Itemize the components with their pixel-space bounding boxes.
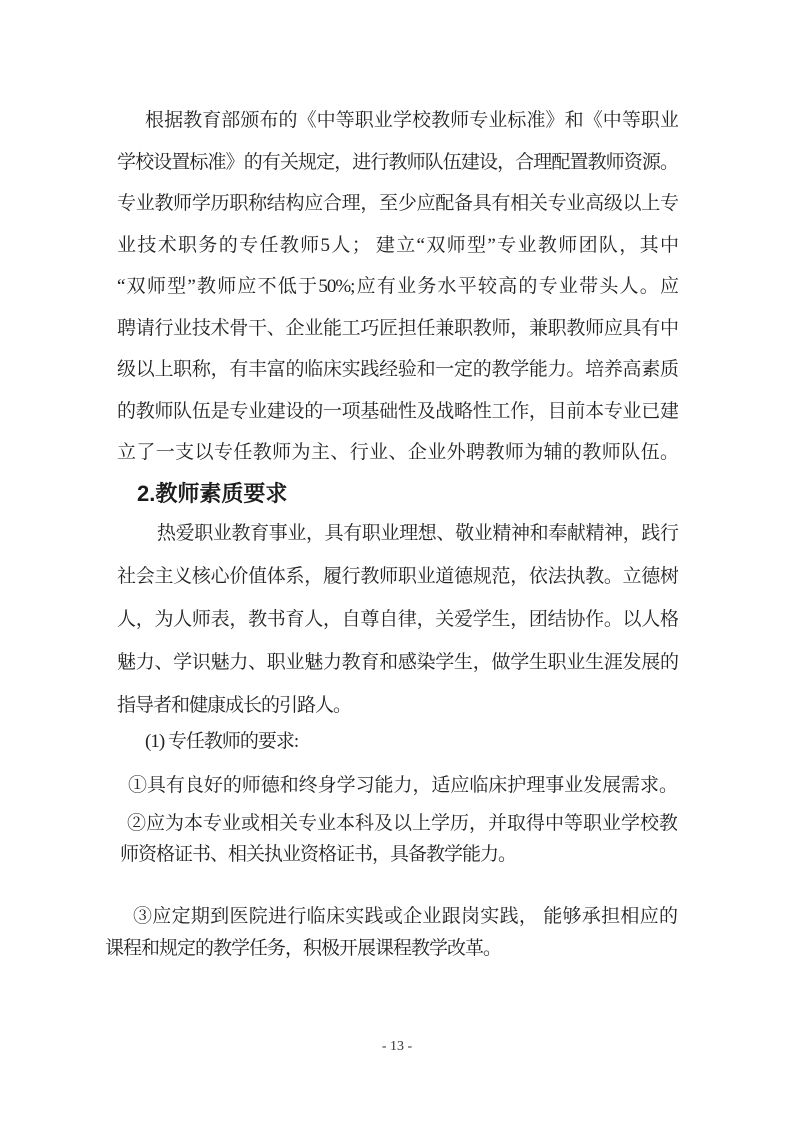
text-line: 的教师队伍是专业建设的一项基础性及战略性工作，目前本专业已建 xyxy=(117,391,678,433)
requirement-item-2: ②应为本专业或相关专业本科及以上学历，并取得中等职业学校教 师资格证书、相关执业… xyxy=(120,808,677,870)
paragraph-teacher-team: 根据教育部颁布的《中等职业学校教师专业标准》和《中等职业 学校设置标准》的有关规… xyxy=(117,100,678,474)
text-line: 人，为人师表，教书育人，自尊自律，关爱学生，团结协作。以人格 xyxy=(117,598,678,641)
text-line: ②应为本专业或相关专业本科及以上学历，并取得中等职业学校教 xyxy=(120,808,677,839)
requirement-item-3: ③应定期到医院进行临床实践或企业跟岗实践， 能够承担相应的 课程和规定的教学任务… xyxy=(105,901,677,965)
text-line: 指导者和健康成长的引路人。 xyxy=(117,684,678,727)
text-line: “双师型”教师应不低于50%;应有业务水平较高的专业带头人。应 xyxy=(117,266,678,308)
text-line: 热爱职业教育事业，具有职业理想、敬业精神和奉献精神，践行 xyxy=(117,512,678,555)
text-line: 立了一支以专任教师为主、行业、企业外聘教师为辅的教师队伍。 xyxy=(117,432,678,474)
text-line: 专业教师学历职称结构应合理，至少应配备具有相关专业高级以上专 xyxy=(117,183,678,225)
text-line: 师资格证书、相关执业资格证书，具备教学能力。 xyxy=(120,839,677,870)
text-line: 级以上职称，有丰富的临床实践经验和一定的教学能力。培养高素质 xyxy=(117,349,678,391)
text-line: 魅力、学识魅力、职业魅力教育和感染学生，做学生职业生涯发展的 xyxy=(117,641,678,684)
text-line: ①具有良好的师德和终身学习能力，适应临床护理事业发展需求。 xyxy=(128,771,677,801)
document-page: 根据教育部颁布的《中等职业学校教师专业标准》和《中等职业 学校设置标准》的有关规… xyxy=(0,0,794,1123)
section-heading-teacher-quality: 2.教师素质要求 xyxy=(137,479,287,509)
text-line: 学校设置标准》的有关规定，进行教师队伍建设，合理配置教师资源。 xyxy=(117,142,678,184)
text-line: 聘请行业技术骨干、企业能工巧匠担任兼职教师，兼职教师应具有中 xyxy=(117,308,678,350)
paragraph-teacher-quality: 热爱职业教育事业，具有职业理想、敬业精神和奉献精神，践行 社会主义核心价值体系，… xyxy=(117,512,678,727)
page-number: - 13 - xyxy=(0,1037,794,1057)
text-line: 课程和规定的教学任务，积极开展课程教学改革。 xyxy=(105,933,677,965)
requirement-item-1: ①具有良好的师德和终身学习能力，适应临床护理事业发展需求。 xyxy=(128,771,677,801)
subheading-fulltime-teacher-requirements: (1) 专任教师的要求: xyxy=(145,727,298,757)
text-line: 社会主义核心价值体系，履行教师职业道德规范，依法执教。立德树 xyxy=(117,555,678,598)
text-line: 业技术职务的专任教师5人； 建立“双师型”专业教师团队，其中 xyxy=(117,225,678,267)
text-line: 根据教育部颁布的《中等职业学校教师专业标准》和《中等职业 xyxy=(117,100,678,142)
text-line: ③应定期到医院进行临床实践或企业跟岗实践， 能够承担相应的 xyxy=(105,901,677,933)
